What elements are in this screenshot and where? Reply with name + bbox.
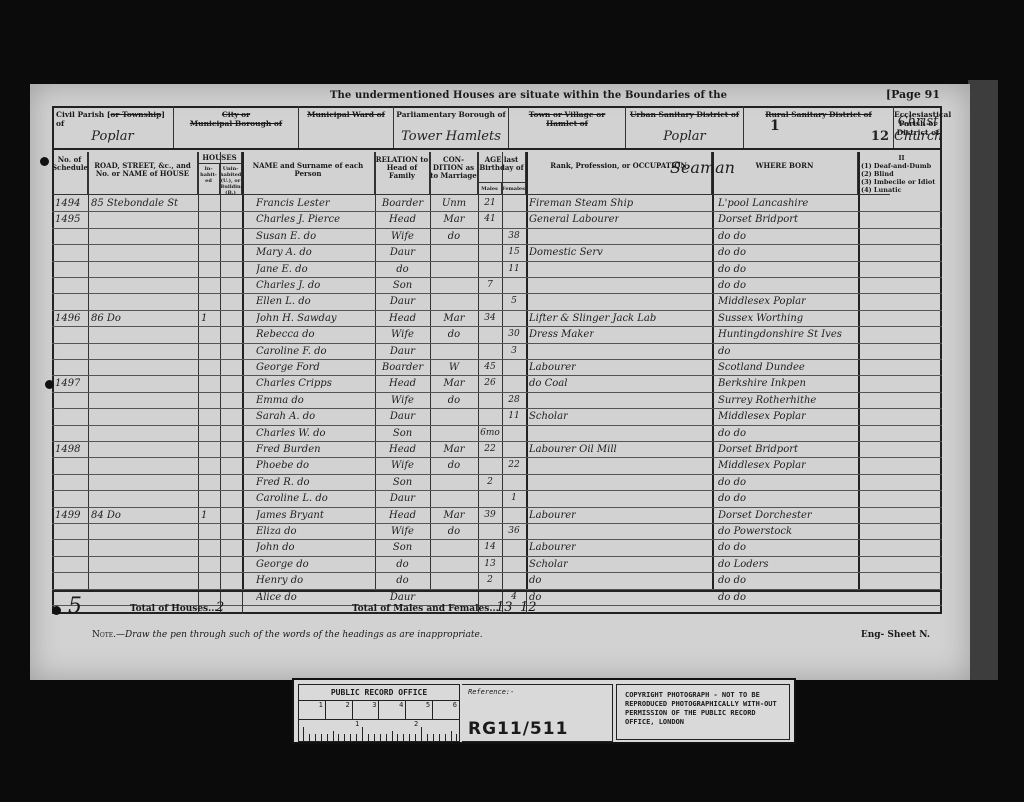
cell-condition: do <box>432 329 476 340</box>
column-rule <box>375 152 376 590</box>
cell-where-born: do Loders <box>718 559 769 570</box>
cell-name: Phoebe do <box>256 460 309 471</box>
cell-male-age: 39 <box>479 510 501 520</box>
row-rule <box>52 539 942 540</box>
cell-relation: Son <box>377 428 428 439</box>
row-rule <box>52 310 942 311</box>
row-rule <box>52 244 942 245</box>
page-number: [Page 91 <box>886 88 940 101</box>
reference-box: Reference:- RG11/511 <box>462 684 613 742</box>
column-rule <box>220 152 221 590</box>
boundary-label: Civil Parish [or Township] of <box>52 110 173 128</box>
cell-relation: Head <box>377 444 428 455</box>
cell-female-age: 5 <box>503 296 525 306</box>
cell-where-born: Middlesex Poplar <box>718 296 806 307</box>
ruler-tick <box>303 727 304 741</box>
cell-female-age: 11 <box>503 411 525 421</box>
cell-relation: Daur <box>377 247 428 258</box>
column-header-relation: RELATION to Head of Family <box>375 152 430 194</box>
cell-where-born: do do <box>718 575 746 586</box>
cell-where-born: Berkshire Inkpen <box>718 378 806 389</box>
pro-title: PUBLIC RECORD OFFICE <box>299 685 459 701</box>
binding-hole <box>52 606 61 615</box>
cell-name: Francis Lester <box>256 198 330 209</box>
cell-relation: Boarder <box>377 198 428 209</box>
cell-female-age: 28 <box>503 395 525 405</box>
cell-where-born: Dorset Bridport <box>718 214 798 225</box>
cell-where-born: do Powerstock <box>718 526 792 537</box>
row-rule <box>52 359 942 360</box>
occupation-annotation: Seaman <box>670 158 735 177</box>
struck-text: or Township <box>110 110 161 119</box>
boundary-value: 12 <box>744 129 893 144</box>
boundary-cell: Parliamentary Borough ofTower Hamlets <box>394 106 509 148</box>
sheet-label: Eng- Sheet N. <box>861 630 930 640</box>
cell-male-age: 2 <box>479 575 501 585</box>
infirmity-line: (3) Imbecile or Idiot <box>861 178 942 186</box>
cell-name: Caroline L. do <box>256 493 328 504</box>
cell-male-age: 26 <box>479 378 501 388</box>
census-page: The undermentioned Houses are situate wi… <box>30 84 970 680</box>
column-header-infirmity: II(1) Deaf-and-Dumb(2) Blind(3) Imbecile… <box>858 152 942 194</box>
males-total: 13 <box>496 600 513 615</box>
boundary-label: Town or Village or <box>509 110 625 119</box>
cell-where-born: Huntingdonshire St Ives <box>718 329 842 340</box>
ruler-tick <box>415 734 416 741</box>
scale-number: 5 <box>406 701 433 719</box>
column-rule <box>502 152 503 590</box>
column-header-name: NAME and Surname of each Person <box>242 152 375 194</box>
cell-name: James Bryant <box>256 510 324 521</box>
cell-schedule: 1495 <box>55 214 80 225</box>
cell-occupation: General Labourer <box>529 214 619 225</box>
cell-name: Charles W. do <box>256 428 326 439</box>
row-rule <box>52 507 942 508</box>
cell-where-born: Scotland Dundee <box>718 362 805 373</box>
ruler-tick <box>386 734 387 741</box>
boundary-header-row: Civil Parish [or Township] ofPoplarCity … <box>52 106 942 150</box>
scale-box: PUBLIC RECORD OFFICE 123456 12 <box>298 684 460 742</box>
cell-occupation: Labourer Oil Mill <box>529 444 617 455</box>
cell-name: Henry do <box>256 575 303 586</box>
females-total: 12 <box>520 600 537 615</box>
column-header-condition: CON-DITION as to Marriage <box>430 152 478 194</box>
cell-male-age: 45 <box>479 362 501 372</box>
cell-name: Fred R. do <box>256 477 310 488</box>
row-rule <box>52 228 942 229</box>
cell-schedule: 1496 <box>55 313 80 324</box>
boundary-label: Hamlet of <box>509 119 625 128</box>
boundary-label: Parliamentary Borough of <box>394 110 508 119</box>
ruler-tick <box>433 734 434 741</box>
cell-where-born: do <box>718 346 730 357</box>
binding-hole <box>45 380 54 389</box>
page-edge-shadow <box>968 80 998 680</box>
row-rule <box>52 343 942 344</box>
ruler-tick <box>344 734 345 741</box>
cell-condition: Unm <box>432 198 476 209</box>
column-rule <box>430 152 431 590</box>
cell-occupation: Scholar <box>529 559 568 570</box>
ruler-tick <box>445 734 446 741</box>
column-header-inhabited: In-habit-ed <box>198 164 220 194</box>
cell-name: Fred Burden <box>256 444 321 455</box>
ruler-tick <box>451 731 452 741</box>
boundary-cell: Municipal Ward of <box>299 106 394 148</box>
column-rule <box>526 152 528 590</box>
cell-relation: Daur <box>377 296 428 307</box>
scale-number: 6 <box>433 701 459 719</box>
cell-relation: Wife <box>377 526 428 537</box>
cell-occupation: Fireman Steam Ship <box>529 198 633 209</box>
infirmity-line: (2) Blind <box>861 170 942 178</box>
ruler-tick <box>333 731 334 741</box>
ruler-tick <box>309 734 310 741</box>
scale-number: 4 <box>379 701 406 719</box>
cell-occupation: Labourer <box>529 510 576 521</box>
cell-name: Charles J. do <box>256 280 320 291</box>
column-rule <box>858 152 860 590</box>
cell-where-born: L'pool Lancashire <box>718 198 808 209</box>
ruler-tick <box>350 734 351 741</box>
cell-name: Ellen L. do <box>256 296 311 307</box>
ruler-tick <box>338 734 339 741</box>
ruler-mark: 2 <box>414 720 418 728</box>
cell-relation: do <box>377 575 428 586</box>
ruler-tick <box>427 734 428 741</box>
row-rule <box>52 490 942 491</box>
cell-occupation: do <box>529 575 541 586</box>
cell-where-born: Dorset Bridport <box>718 444 798 455</box>
cell-name: Charles J. Pierce <box>256 214 340 225</box>
cell-condition: do <box>432 526 476 537</box>
boundary-label: Municipal Borough of <box>174 119 298 128</box>
ruler-tick <box>409 734 410 741</box>
cell-condition: do <box>432 460 476 471</box>
cell-female-age: 3 <box>503 346 525 356</box>
boundary-value: Poplar <box>626 129 743 144</box>
cell-name: Eliza do <box>256 526 297 537</box>
row-rule <box>52 572 942 573</box>
cell-schedule: 1499 <box>55 510 80 521</box>
cell-condition: Mar <box>432 378 476 389</box>
row-rule <box>52 375 942 376</box>
cell-male-age: 22 <box>479 444 501 454</box>
cell-relation: Head <box>377 510 428 521</box>
cell-male-age: 7 <box>479 280 501 290</box>
cell-female-age: 22 <box>503 460 525 470</box>
boundary-label: Municipal Ward of <box>299 110 393 119</box>
cell-name: Charles Cripps <box>256 378 332 389</box>
row-rule <box>52 277 942 278</box>
cell-name: Sarah A. do <box>256 411 315 422</box>
ruler-tick <box>403 734 404 741</box>
infirmity-line: (4) Lunatic <box>861 186 942 194</box>
cell-relation: do <box>377 559 428 570</box>
reference-label: Reference:- <box>462 685 612 696</box>
cell-name: John H. Sawday <box>256 313 337 324</box>
row-rule <box>52 457 942 458</box>
cell-occupation: Labourer <box>529 362 576 373</box>
cell-occupation: Labourer <box>529 542 576 553</box>
infirmity-line: (1) Deaf-and-Dumb <box>861 162 942 170</box>
cell-schedule: 1497 <box>55 378 80 389</box>
cell-occupation: Scholar <box>529 411 568 422</box>
cell-female-age: 1 <box>503 493 525 503</box>
cell-where-born: do do <box>718 280 746 291</box>
cell-relation: Son <box>377 280 428 291</box>
cell-occupation: Dress Maker <box>529 329 594 340</box>
ruler-tick <box>368 734 369 741</box>
scale-number: 3 <box>353 701 380 719</box>
cell-occupation: Domestic Serv <box>529 247 603 258</box>
cell-relation: Wife <box>377 231 428 242</box>
ruler-tick <box>356 734 357 741</box>
column-header-schedule: No. of Schedule <box>52 152 88 194</box>
cell-name: George do <box>256 559 309 570</box>
column-header-females: Females <box>502 182 526 194</box>
cell-where-born: Middlesex Poplar <box>718 460 806 471</box>
column-rule <box>712 152 714 590</box>
boundary-label: City or <box>174 110 298 119</box>
cell-male-age: 14 <box>479 542 501 552</box>
houses-total-label: Total of Houses... <box>130 604 218 614</box>
cell-where-born: do do <box>718 592 746 603</box>
boundary-banner: The undermentioned Houses are situate wi… <box>330 90 727 101</box>
cell-relation: Head <box>377 214 428 225</box>
cell-relation: Boarder <box>377 362 428 373</box>
ruler-tick <box>397 734 398 741</box>
schedule-mark: 1 <box>770 118 780 134</box>
ruler-tick <box>327 734 328 741</box>
cell-name: Alice do <box>256 592 297 603</box>
cell-male-age: 41 <box>479 214 501 224</box>
row-rule <box>52 326 942 327</box>
cell-where-born: do do <box>718 264 746 275</box>
cell-relation: Head <box>377 313 428 324</box>
cell-name: Caroline F. do <box>256 346 327 357</box>
cell-name: Emma do <box>256 395 304 406</box>
row-rule <box>52 261 942 262</box>
column-header-road: ROAD, STREET, &c., and No. or NAME of HO… <box>88 152 198 194</box>
row-rule <box>52 392 942 393</box>
cell-female-age: 38 <box>503 231 525 241</box>
cell-female-age: 30 <box>503 329 525 339</box>
cell-relation: Daur <box>377 592 428 603</box>
ruler-tick <box>315 734 316 741</box>
ruler-tick <box>380 734 381 741</box>
row-rule <box>52 211 942 212</box>
cell-schedule: 1494 <box>55 198 80 209</box>
boundary-value: Christ Church <box>894 114 942 144</box>
ruler-tick <box>374 734 375 741</box>
row-rule <box>52 523 942 524</box>
cell-name: Mary A. do <box>256 247 312 258</box>
ruler-tick <box>456 734 457 741</box>
boundary-value: Tower Hamlets <box>394 129 508 144</box>
footer-note: Note.—Draw the pen through such of the w… <box>92 630 483 640</box>
cell-name: John do <box>256 542 295 553</box>
ruler-tick <box>439 734 440 741</box>
reference-value: RG11/511 <box>468 719 568 739</box>
cell-condition: Mar <box>432 313 476 324</box>
row-rule <box>52 556 942 557</box>
column-rule <box>198 152 199 590</box>
row-rule <box>52 425 942 426</box>
cell-relation: Daur <box>377 411 428 422</box>
header-rule <box>52 194 890 195</box>
cell-male-age: 6mo <box>479 428 501 438</box>
cell-female-age: 15 <box>503 247 525 257</box>
cell-name: Susan E. do <box>256 231 316 242</box>
column-rule <box>88 152 89 590</box>
boundary-cell: Rural Sanitary District of12 <box>744 106 894 148</box>
cell-road: 86 Do <box>91 313 121 324</box>
cell-name: Jane E. do <box>256 264 308 275</box>
cell-condition: Mar <box>432 444 476 455</box>
row-rule <box>52 441 942 442</box>
cell-male-age: 34 <box>479 313 501 323</box>
cell-relation: do <box>377 264 428 275</box>
cell-where-born: do do <box>718 542 746 553</box>
cell-relation: Son <box>377 542 428 553</box>
cell-male-age: 21 <box>479 198 501 208</box>
cell-condition: Mar <box>432 214 476 225</box>
column-rule <box>242 152 244 590</box>
cell-inhabited: 1 <box>201 313 207 324</box>
cell-condition: do <box>432 231 476 242</box>
ruler-mark: 1 <box>355 720 359 728</box>
schedules-count: 5 <box>68 594 82 619</box>
public-record-office-strip: PUBLIC RECORD OFFICE 123456 12 Reference… <box>292 678 796 744</box>
cell-where-born: do do <box>718 247 746 258</box>
scale-numbers: 123456 <box>299 701 459 720</box>
boundary-label: Rural Sanitary District of <box>744 110 893 119</box>
cell-female-age: 11 <box>503 264 525 274</box>
cell-name: Rebecca do <box>256 329 315 340</box>
row-rule <box>52 474 942 475</box>
ruler-tick <box>362 727 363 741</box>
boundary-cell: Ecclesiastical Parish orDistrict ofChris… <box>894 106 942 148</box>
cell-male-age: 2 <box>479 477 501 487</box>
cell-male-age: 13 <box>479 559 501 569</box>
row-rule <box>52 408 942 409</box>
cell-condition: do <box>432 395 476 406</box>
ruler: 12 <box>299 720 459 741</box>
persons-total-label: Total of Males and Females... <box>352 604 499 614</box>
binding-hole <box>40 157 49 166</box>
cell-where-born: Middlesex Poplar <box>718 411 806 422</box>
copyright-notice: COPYRIGHT PHOTOGRAPH - NOT TO BE REPRODU… <box>616 684 790 740</box>
cell-relation: Wife <box>377 395 428 406</box>
totals-divider <box>52 590 942 592</box>
cell-where-born: do do <box>718 428 746 439</box>
cell-where-born: do do <box>718 477 746 488</box>
column-header-males: Males <box>478 182 502 194</box>
row-rule <box>52 293 942 294</box>
ruler-tick <box>321 734 322 741</box>
column-header-uninhabited: Unin-habited (U.), or Building (B.) <box>220 164 242 194</box>
cell-occupation: do Coal <box>529 378 567 389</box>
cell-road: 84 Do <box>91 510 121 521</box>
boundary-cell: City orMunicipal Borough of <box>174 106 299 148</box>
boundary-cell: Urban Sanitary District ofPoplar <box>626 106 744 148</box>
ruler-tick <box>421 727 422 741</box>
cell-relation: Son <box>377 477 428 488</box>
note-text: —Draw the pen through such of the words … <box>116 630 483 640</box>
houses-total-value: 2 <box>216 600 224 615</box>
cell-relation: Wife <box>377 460 428 471</box>
cell-where-born: Sussex Worthing <box>718 313 803 324</box>
cell-female-age: 36 <box>503 526 525 536</box>
cell-where-born: do do <box>718 231 746 242</box>
cell-condition: Mar <box>432 510 476 521</box>
note-prefix: Note. <box>92 630 116 640</box>
cell-where-born: do do <box>718 493 746 504</box>
cell-relation: Daur <box>377 346 428 357</box>
boundary-cell: Town or Village orHamlet of <box>509 106 626 148</box>
cell-schedule: 1498 <box>55 444 80 455</box>
boundary-label: Urban Sanitary District of <box>626 110 743 119</box>
cell-inhabited: 1 <box>201 510 207 521</box>
cell-relation: Head <box>377 378 428 389</box>
infirmity-line: II <box>861 154 942 162</box>
cell-relation: Daur <box>377 493 428 504</box>
cell-occupation: Lifter & Slinger Jack Lab <box>529 313 656 324</box>
boundary-cell: Civil Parish [or Township] ofPoplar <box>52 106 174 148</box>
cell-where-born: Dorset Dorchester <box>718 510 812 521</box>
cell-relation: Wife <box>377 329 428 340</box>
ruler-tick <box>392 731 393 741</box>
cell-name: George Ford <box>256 362 320 373</box>
boundary-value: Poplar <box>52 129 173 144</box>
totals-rule <box>242 590 243 614</box>
scale-number: 2 <box>326 701 353 719</box>
cell-road: 85 Stebondale St <box>91 198 178 209</box>
cell-condition: W <box>432 362 476 373</box>
scale-number: 1 <box>299 701 326 719</box>
cell-where-born: Surrey Rotherhithe <box>718 395 816 406</box>
